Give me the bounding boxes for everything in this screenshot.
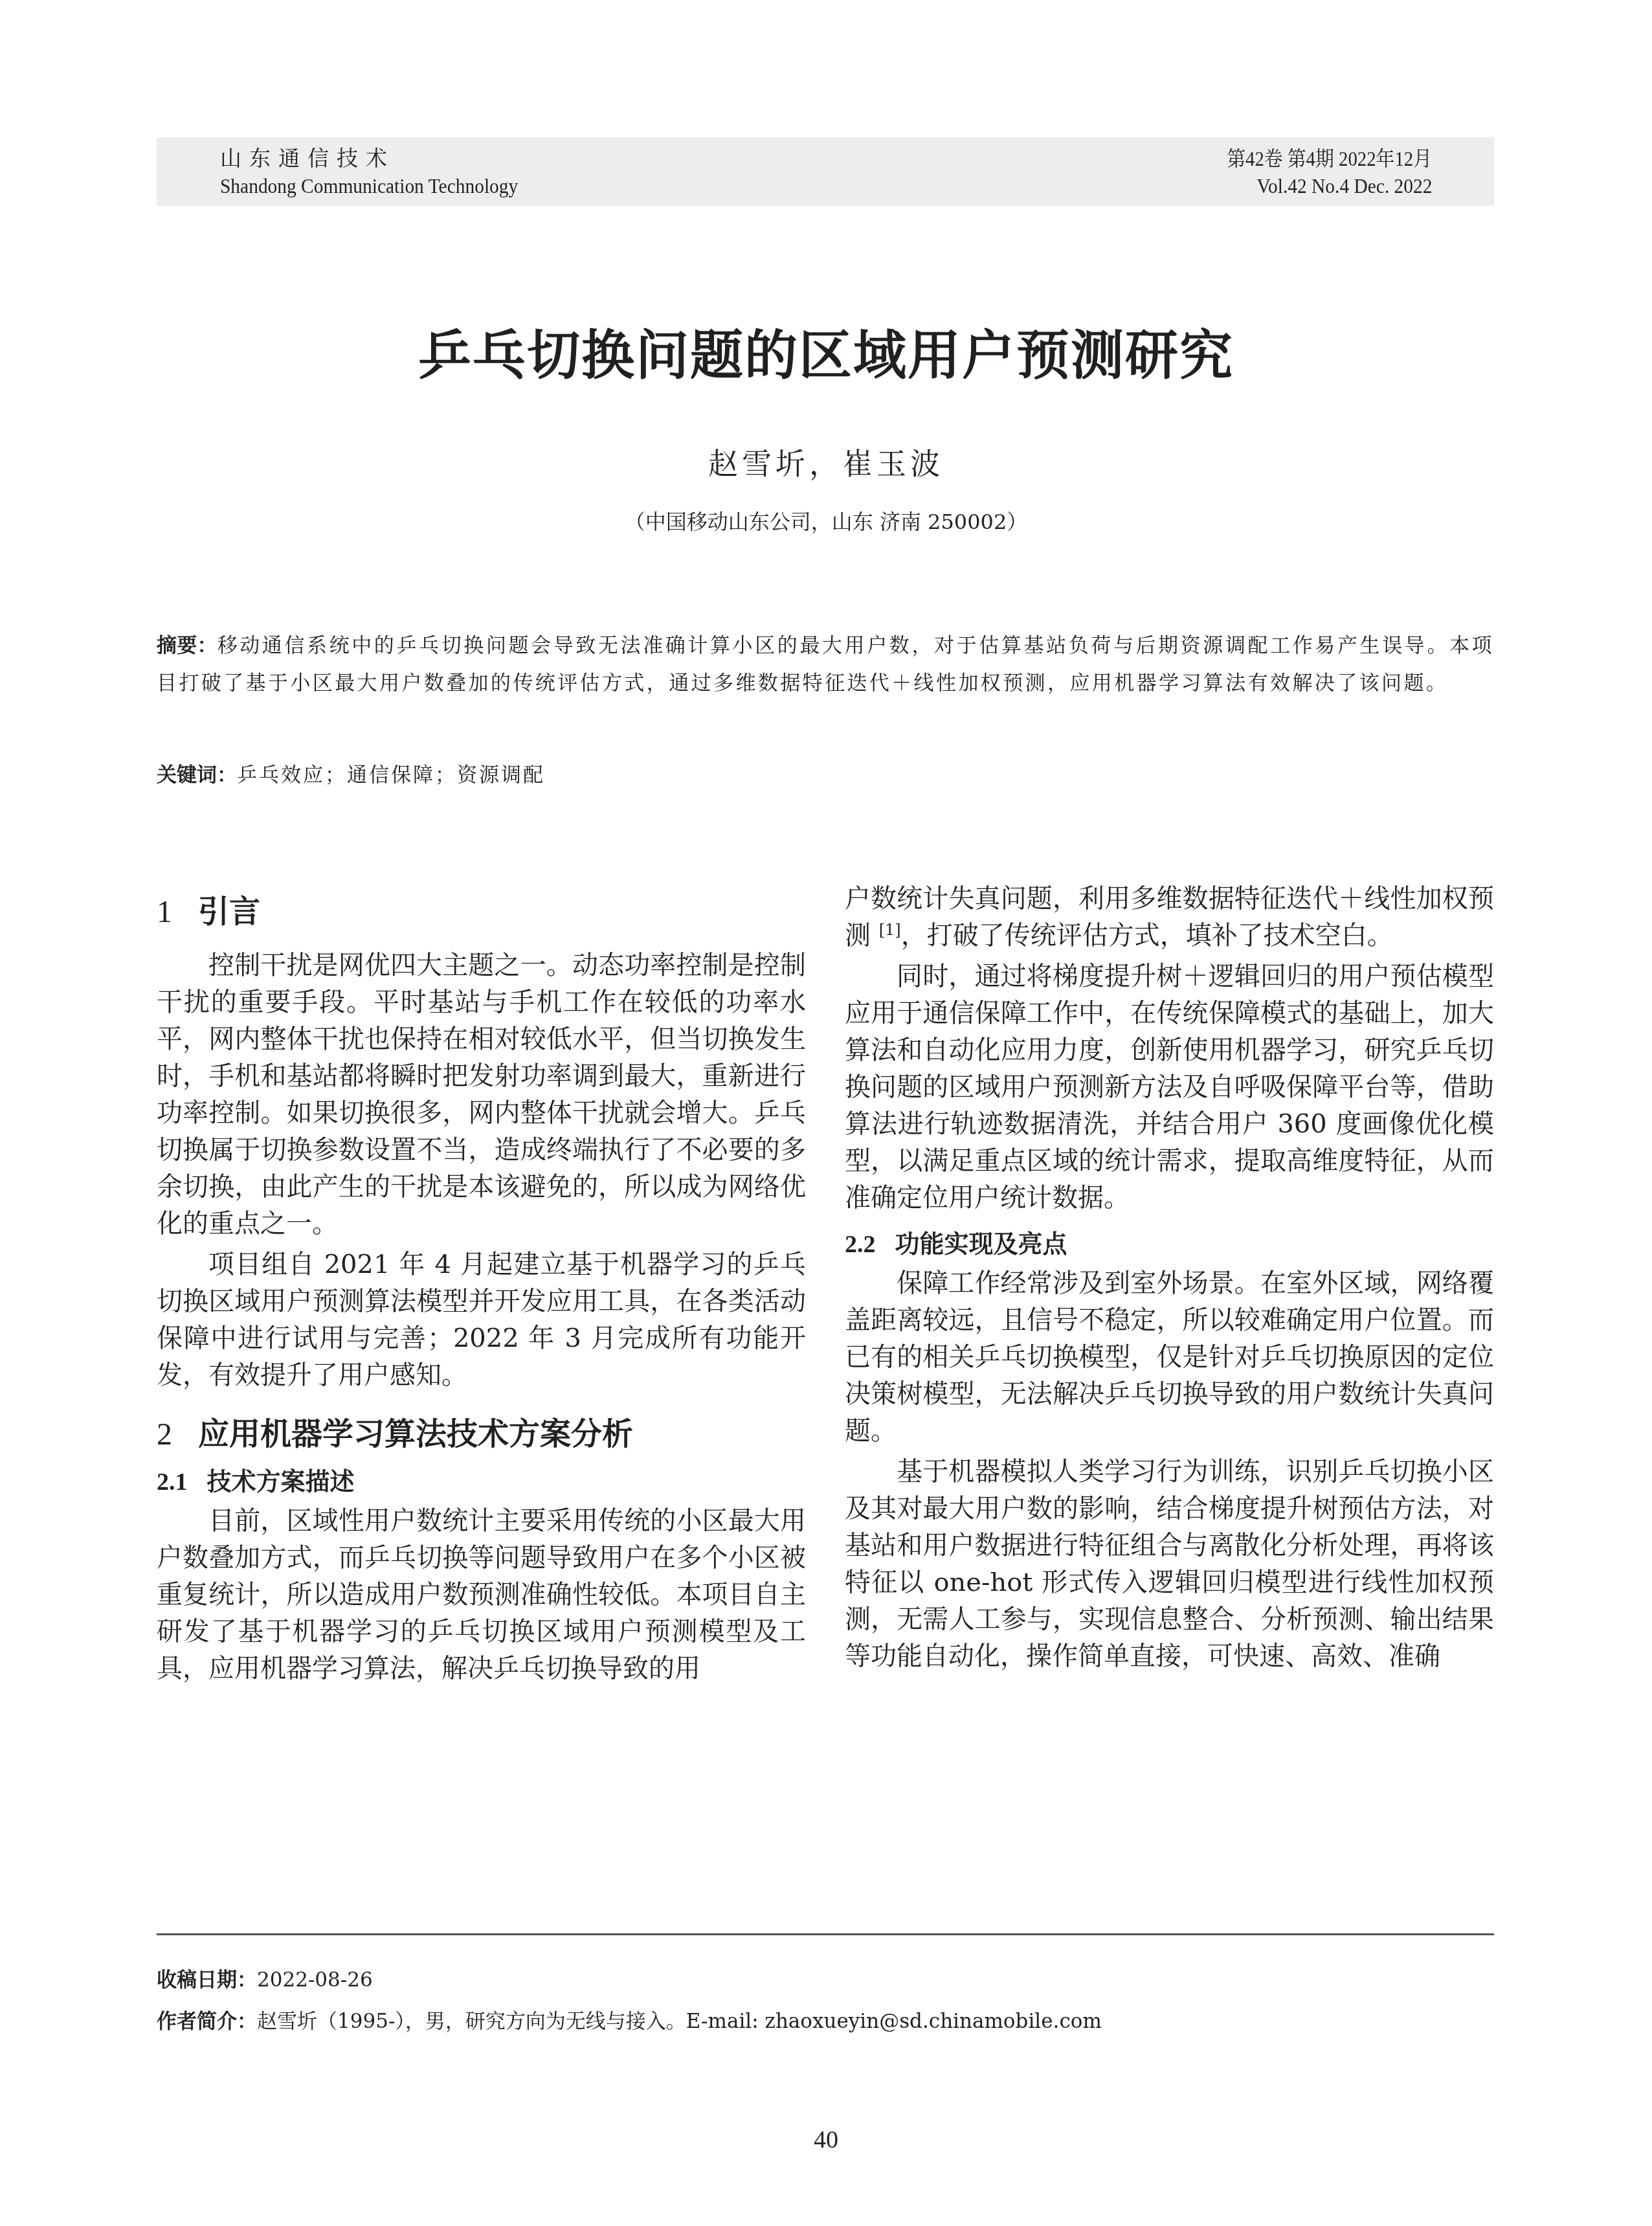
page-number: 40 (0, 2126, 1652, 2154)
author-affiliation: （中国移动山东公司，山东 济南 250002） (0, 508, 1652, 536)
subsection-title: 技术方案描述 (207, 1467, 355, 1496)
abstract-label: 摘要： (157, 634, 218, 657)
author-bio-value: 赵雪圻（1995-），男，研究方向为无线与接入。E-mail: zhaoxuey… (257, 2010, 1102, 2033)
journal-name-cn: 山东通信技术 (220, 146, 395, 171)
paragraph: 基于机器模拟人类学习行为训练，识别乒乓切换小区及其对最大用户数的影响，结合梯度提… (845, 1454, 1494, 1675)
issue-info-en: Vol.42 No.4 Dec. 2022 (1256, 174, 1432, 198)
keywords-text: 乒乓效应；通信保障；资源调配 (237, 763, 545, 787)
subsection-heading-2-2: 2.2功能实现及亮点 (845, 1223, 1494, 1265)
abstract-text: 移动通信系统中的乒乓切换问题会导致无法准确计算小区的最大用户数，对于估算基站负荷… (157, 634, 1494, 695)
paragraph-continued: 户数统计失真问题，利用多维数据特征迭代＋线性加权预测 [1]，打破了传统评估方式… (845, 881, 1494, 954)
author-bio-label: 作者简介： (157, 2010, 257, 2033)
paragraph-text: ，打破了传统评估方式，填补了技术空白。 (901, 921, 1393, 950)
paragraph: 目前，区域性用户数统计主要采用传统的小区最大用户数叠加方式，而乒乓切换等问题导致… (157, 1503, 806, 1687)
paragraph: 同时，通过将梯度提升树＋逻辑回归的用户预估模型应用于通信保障工作中，在传统保障模… (845, 958, 1494, 1217)
paragraph: 控制干扰是网优四大主题之一。动态功率控制是控制干扰的重要手段。平时基站与手机工作… (157, 947, 806, 1242)
paper-title: 乒乓切换问题的区域用户预测研究 (0, 324, 1652, 388)
section-heading-1: 1引言 (157, 886, 806, 938)
subsection-title: 功能实现及亮点 (895, 1230, 1067, 1258)
issue-info-cn: 第42卷 第4期 2022年12月 (1227, 146, 1432, 171)
author-bio: 作者简介：赵雪圻（1995-），男，研究方向为无线与接入。E-mail: zha… (157, 2008, 1102, 2034)
subsection-number: 2.2 (845, 1231, 876, 1258)
received-value: 2022-08-26 (257, 1968, 373, 1992)
keywords: 关键词：乒乓效应；通信保障；资源调配 (157, 756, 1494, 794)
abstract: 摘要：移动通信系统中的乒乓切换问题会导致无法准确计算小区的最大用户数，对于估算基… (157, 627, 1494, 702)
subsection-heading-2-1: 2.1技术方案描述 (157, 1461, 806, 1503)
subsection-number: 2.1 (157, 1468, 188, 1496)
received-label: 收稿日期： (157, 1968, 257, 1992)
section-title: 应用机器学习算法技术方案分析 (198, 1416, 633, 1452)
journal-name-en: Shandong Communication Technology (220, 174, 518, 198)
section-number: 1 (157, 895, 172, 929)
keywords-label: 关键词： (157, 763, 237, 787)
footnote-divider (157, 1933, 1494, 1935)
body-column-left: 1引言 控制干扰是网优四大主题之一。动态功率控制是控制干扰的重要手段。平时基站与… (157, 881, 806, 1687)
body-column-right: 户数统计失真问题，利用多维数据特征迭代＋线性加权预测 [1]，打破了传统评估方式… (845, 881, 1494, 1675)
paragraph: 保障工作经常涉及到室外场景。在室外区域，网络覆盖距离较远，且信号不稳定，所以较难… (845, 1265, 1494, 1450)
paper-authors: 赵雪圻，崔玉波 (0, 444, 1652, 483)
section-title: 引言 (198, 894, 260, 930)
citation-ref: [1] (879, 921, 901, 939)
section-number: 2 (157, 1417, 172, 1452)
paragraph: 项目组自 2021 年 4 月起建立基于机器学习的乒乓切换区域用户预测算法模型并… (157, 1246, 806, 1394)
received-date: 收稿日期：2022-08-26 (157, 1967, 373, 1993)
journal-header-band: 山东通信技术 Shandong Communication Technology… (157, 137, 1494, 206)
section-heading-2: 2应用机器学习算法技术方案分析 (157, 1408, 806, 1461)
